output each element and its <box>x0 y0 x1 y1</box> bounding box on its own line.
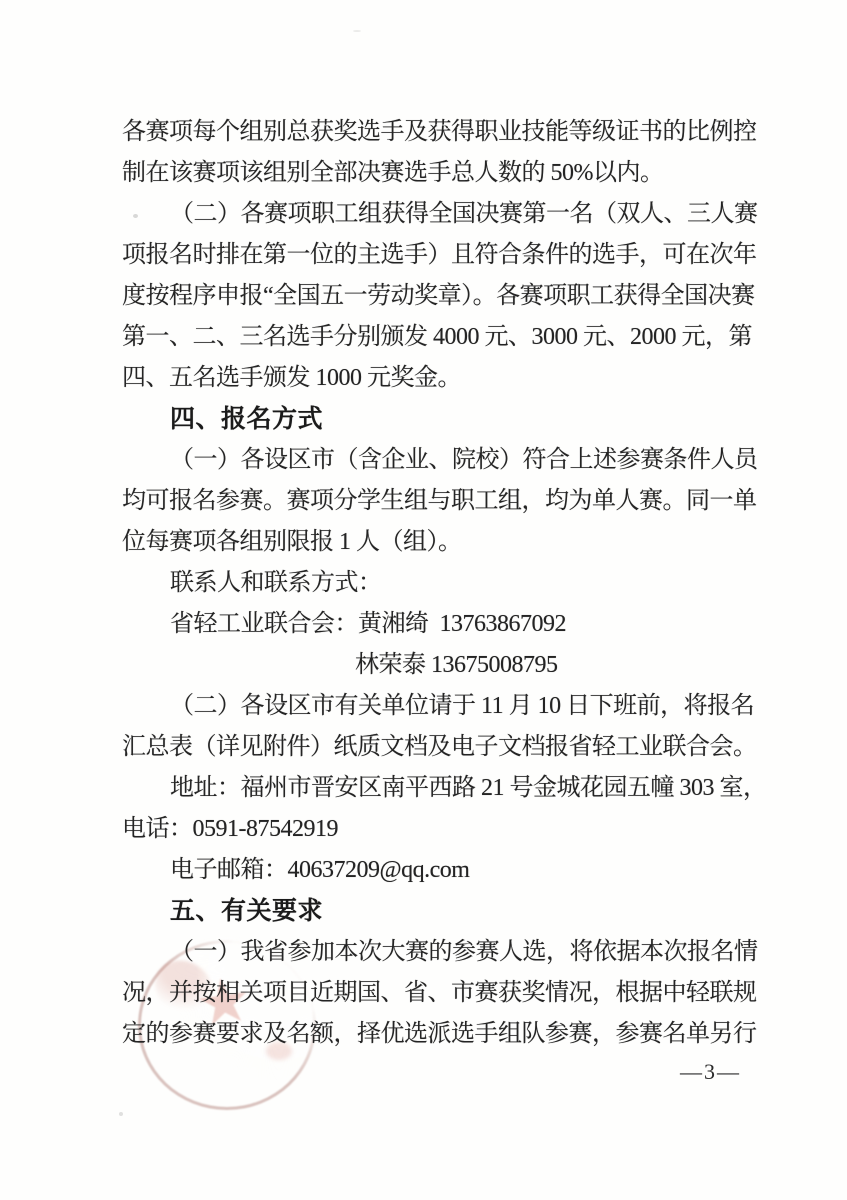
text-line: 联系人和联系方式： <box>170 563 738 604</box>
text-line: 省轻工业联合会：黄湘绮 13763867092 <box>170 604 738 645</box>
text-line: 电子邮箱：40637209@qq.com <box>170 850 738 891</box>
text-line: 况，并按相关项目近期国、省、市赛获奖情况，根据中轻联规 <box>122 973 738 1014</box>
text-line: （二）各赛项职工组获得全国决赛第一名（双人、三人赛 <box>170 194 738 235</box>
text-line: （一）我省参加本次大赛的参赛人选，将依据本次报名情 <box>170 932 738 973</box>
text-line: 项报名时排在第一位的主选手）且符合条件的选手，可在次年 <box>122 235 738 276</box>
text-line: 位每赛项各组别限报 1 人（组）。 <box>122 522 738 563</box>
scan-speck <box>353 30 361 32</box>
text-line: 汇总表（详见附件）纸质文档及电子文档报省轻工业联合会。 <box>122 727 738 768</box>
text-line: 电话：0591-87542919 <box>122 809 738 850</box>
text-line: 林荣泰 13675008795 <box>355 645 738 686</box>
text-line: 各赛项每个组别总获奖选手及获得职业技能等级证书的比例控 <box>122 112 738 153</box>
text-line: 第一、二、三名选手分别颁发 4000 元、3000 元、2000 元，第 <box>122 317 738 358</box>
scan-speck <box>119 1112 123 1116</box>
document-body: 各赛项每个组别总获奖选手及获得职业技能等级证书的比例控制在该赛项该组别全部决赛选… <box>122 112 738 1055</box>
text-line: 度按程序申报“全国五一劳动奖章）。各赛项职工获得全国决赛 <box>122 276 738 317</box>
text-line: 地址：福州市晋安区南平西路 21 号金城花园五幢 303 室， <box>170 768 738 809</box>
text-line: 制在该赛项该组别全部决赛选手总人数的 50%以内。 <box>122 153 738 194</box>
page-number: —3— <box>680 1057 741 1087</box>
section-heading: 五、有关要求 <box>170 891 738 932</box>
text-line: （一）各设区市（含企业、院校）符合上述参赛条件人员 <box>170 440 738 481</box>
section-heading: 四、报名方式 <box>170 399 738 440</box>
text-line: 定的参赛要求及名额，择优选派选手组队参赛，参赛名单另行 <box>122 1014 738 1055</box>
document-page: ★ 各赛项每个组别总获奖选手及获得职业技能等级证书的比例控制在该赛项该组别全部决… <box>0 0 847 1200</box>
text-line: （二）各设区市有关单位请于 11 月 10 日下班前，将报名 <box>170 686 738 727</box>
text-line: 均可报名参赛。赛项分学生组与职工组，均为单人赛。同一单 <box>122 481 738 522</box>
text-line: 四、五名选手颁发 1000 元奖金。 <box>122 358 738 399</box>
